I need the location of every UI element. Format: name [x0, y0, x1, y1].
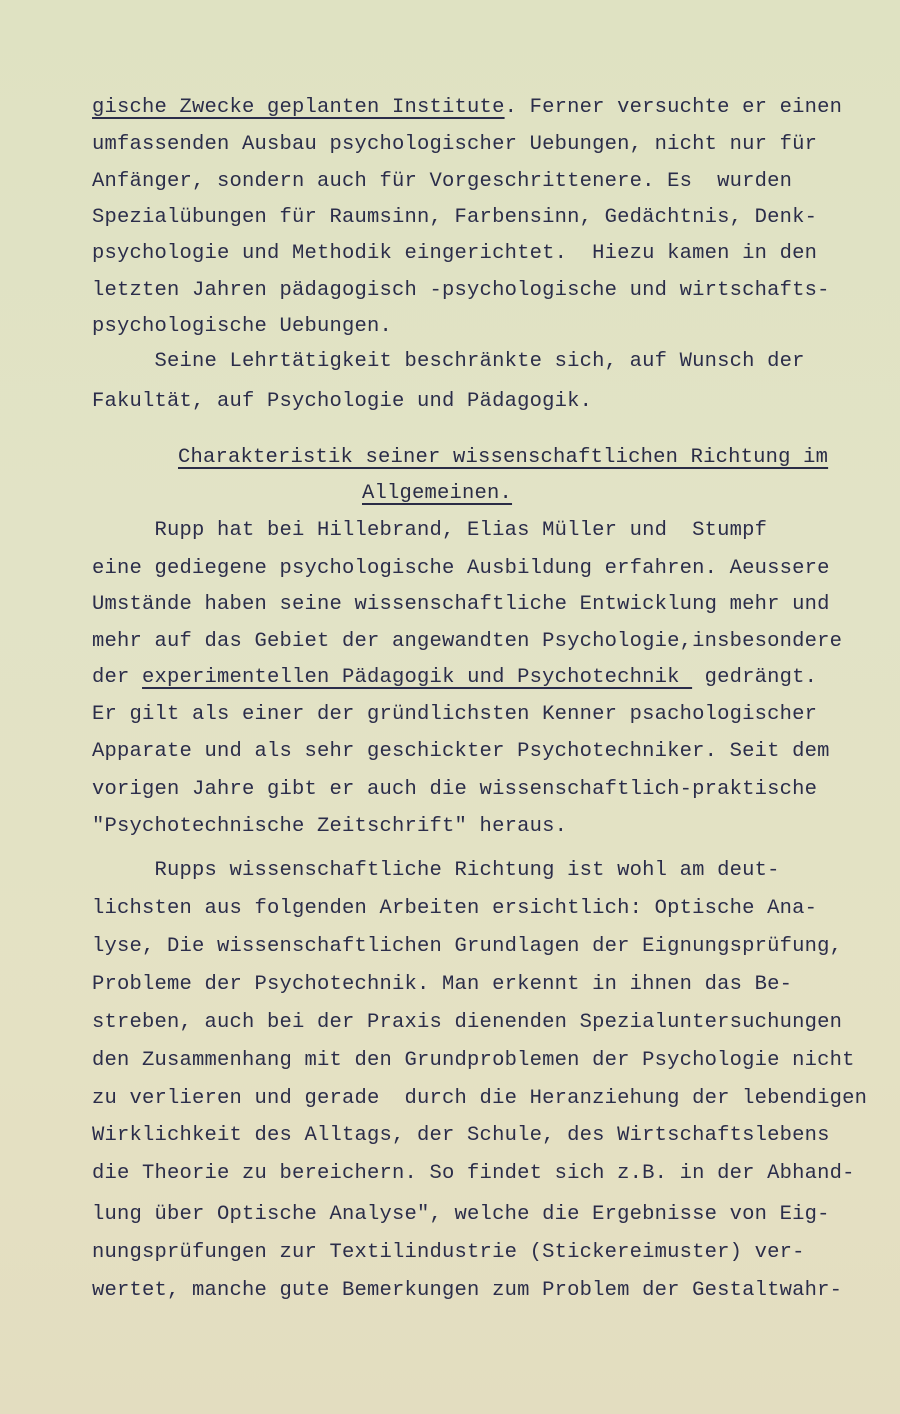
line-text: der [92, 666, 142, 689]
text-line: psychologie und Methodik eingerichtet. H… [92, 242, 817, 266]
text-line: wertet, manche gute Bemerkungen zum Prob… [92, 1279, 842, 1303]
underlined-phrase: gische Zwecke geplanten Institute [92, 96, 505, 119]
text-line: nungsprüfungen zur Textilindustrie (Stic… [92, 1241, 805, 1265]
typewritten-page: gische Zwecke geplanten Institute. Ferne… [0, 0, 900, 1414]
text-line: gische Zwecke geplanten Institute. Ferne… [92, 96, 842, 120]
text-line: Umstände haben seine wissenschaftliche E… [92, 593, 830, 617]
text-line: mehr auf das Gebiet der angewandten Psyc… [92, 630, 842, 654]
text-line: der experimentellen Pädagogik und Psycho… [92, 666, 817, 690]
text-line: lung über Optische Analyse", welche die … [92, 1203, 830, 1227]
text-line: Er gilt als einer der gründlichsten Kenn… [92, 703, 817, 727]
text-line: Wirklichkeit des Alltags, der Schule, de… [92, 1124, 830, 1148]
text-line: streben, auch bei der Praxis dienenden S… [92, 1011, 842, 1035]
underlined-phrase: experimentellen Pädagogik und Psychotech… [142, 666, 692, 689]
text-line: den Zusammenhang mit den Grundproblemen … [92, 1049, 855, 1073]
text-line: lyse, Die wissenschaftlichen Grundlagen … [92, 935, 842, 959]
section-heading: Charakteristik seiner wissenschaftlichen… [178, 446, 828, 470]
text-line: umfassenden Ausbau psychologischer Uebun… [92, 133, 817, 157]
section-heading-continuation: Allgemeinen. [362, 482, 512, 506]
text-line: Spezialübungen für Raumsinn, Farbensinn,… [92, 206, 817, 230]
text-line: psychologische Uebungen. [92, 315, 392, 339]
text-line: Rupps wissenschaftliche Richtung ist woh… [92, 859, 780, 883]
text-line: die Theorie zu bereichern. So findet sic… [92, 1162, 855, 1186]
text-line: Seine Lehrtätigkeit beschränkte sich, au… [92, 350, 805, 374]
text-line: zu verlieren und gerade durch die Heranz… [92, 1087, 867, 1111]
text-line: Probleme der Psychotechnik. Man erkennt … [92, 973, 792, 997]
text-line: "Psychotechnische Zeitschrift" heraus. [92, 815, 567, 839]
text-line: Rupp hat bei Hillebrand, Elias Müller un… [92, 519, 767, 543]
text-line: letzten Jahren pädagogisch -psychologisc… [92, 279, 830, 303]
text-line: eine gediegene psychologische Ausbildung… [92, 557, 830, 581]
text-line: Apparate und als sehr geschickter Psycho… [92, 740, 830, 764]
line-text: . Ferner versuchte er einen [505, 96, 843, 119]
text-line: vorigen Jahre gibt er auch die wissensch… [92, 778, 817, 802]
text-line: Fakultät, auf Psychologie und Pädagogik. [92, 390, 592, 414]
text-line: Anfänger, sondern auch für Vorgeschritte… [92, 170, 792, 194]
text-line: lichsten aus folgenden Arbeiten ersichtl… [92, 897, 817, 921]
line-text: gedrängt. [692, 666, 817, 689]
